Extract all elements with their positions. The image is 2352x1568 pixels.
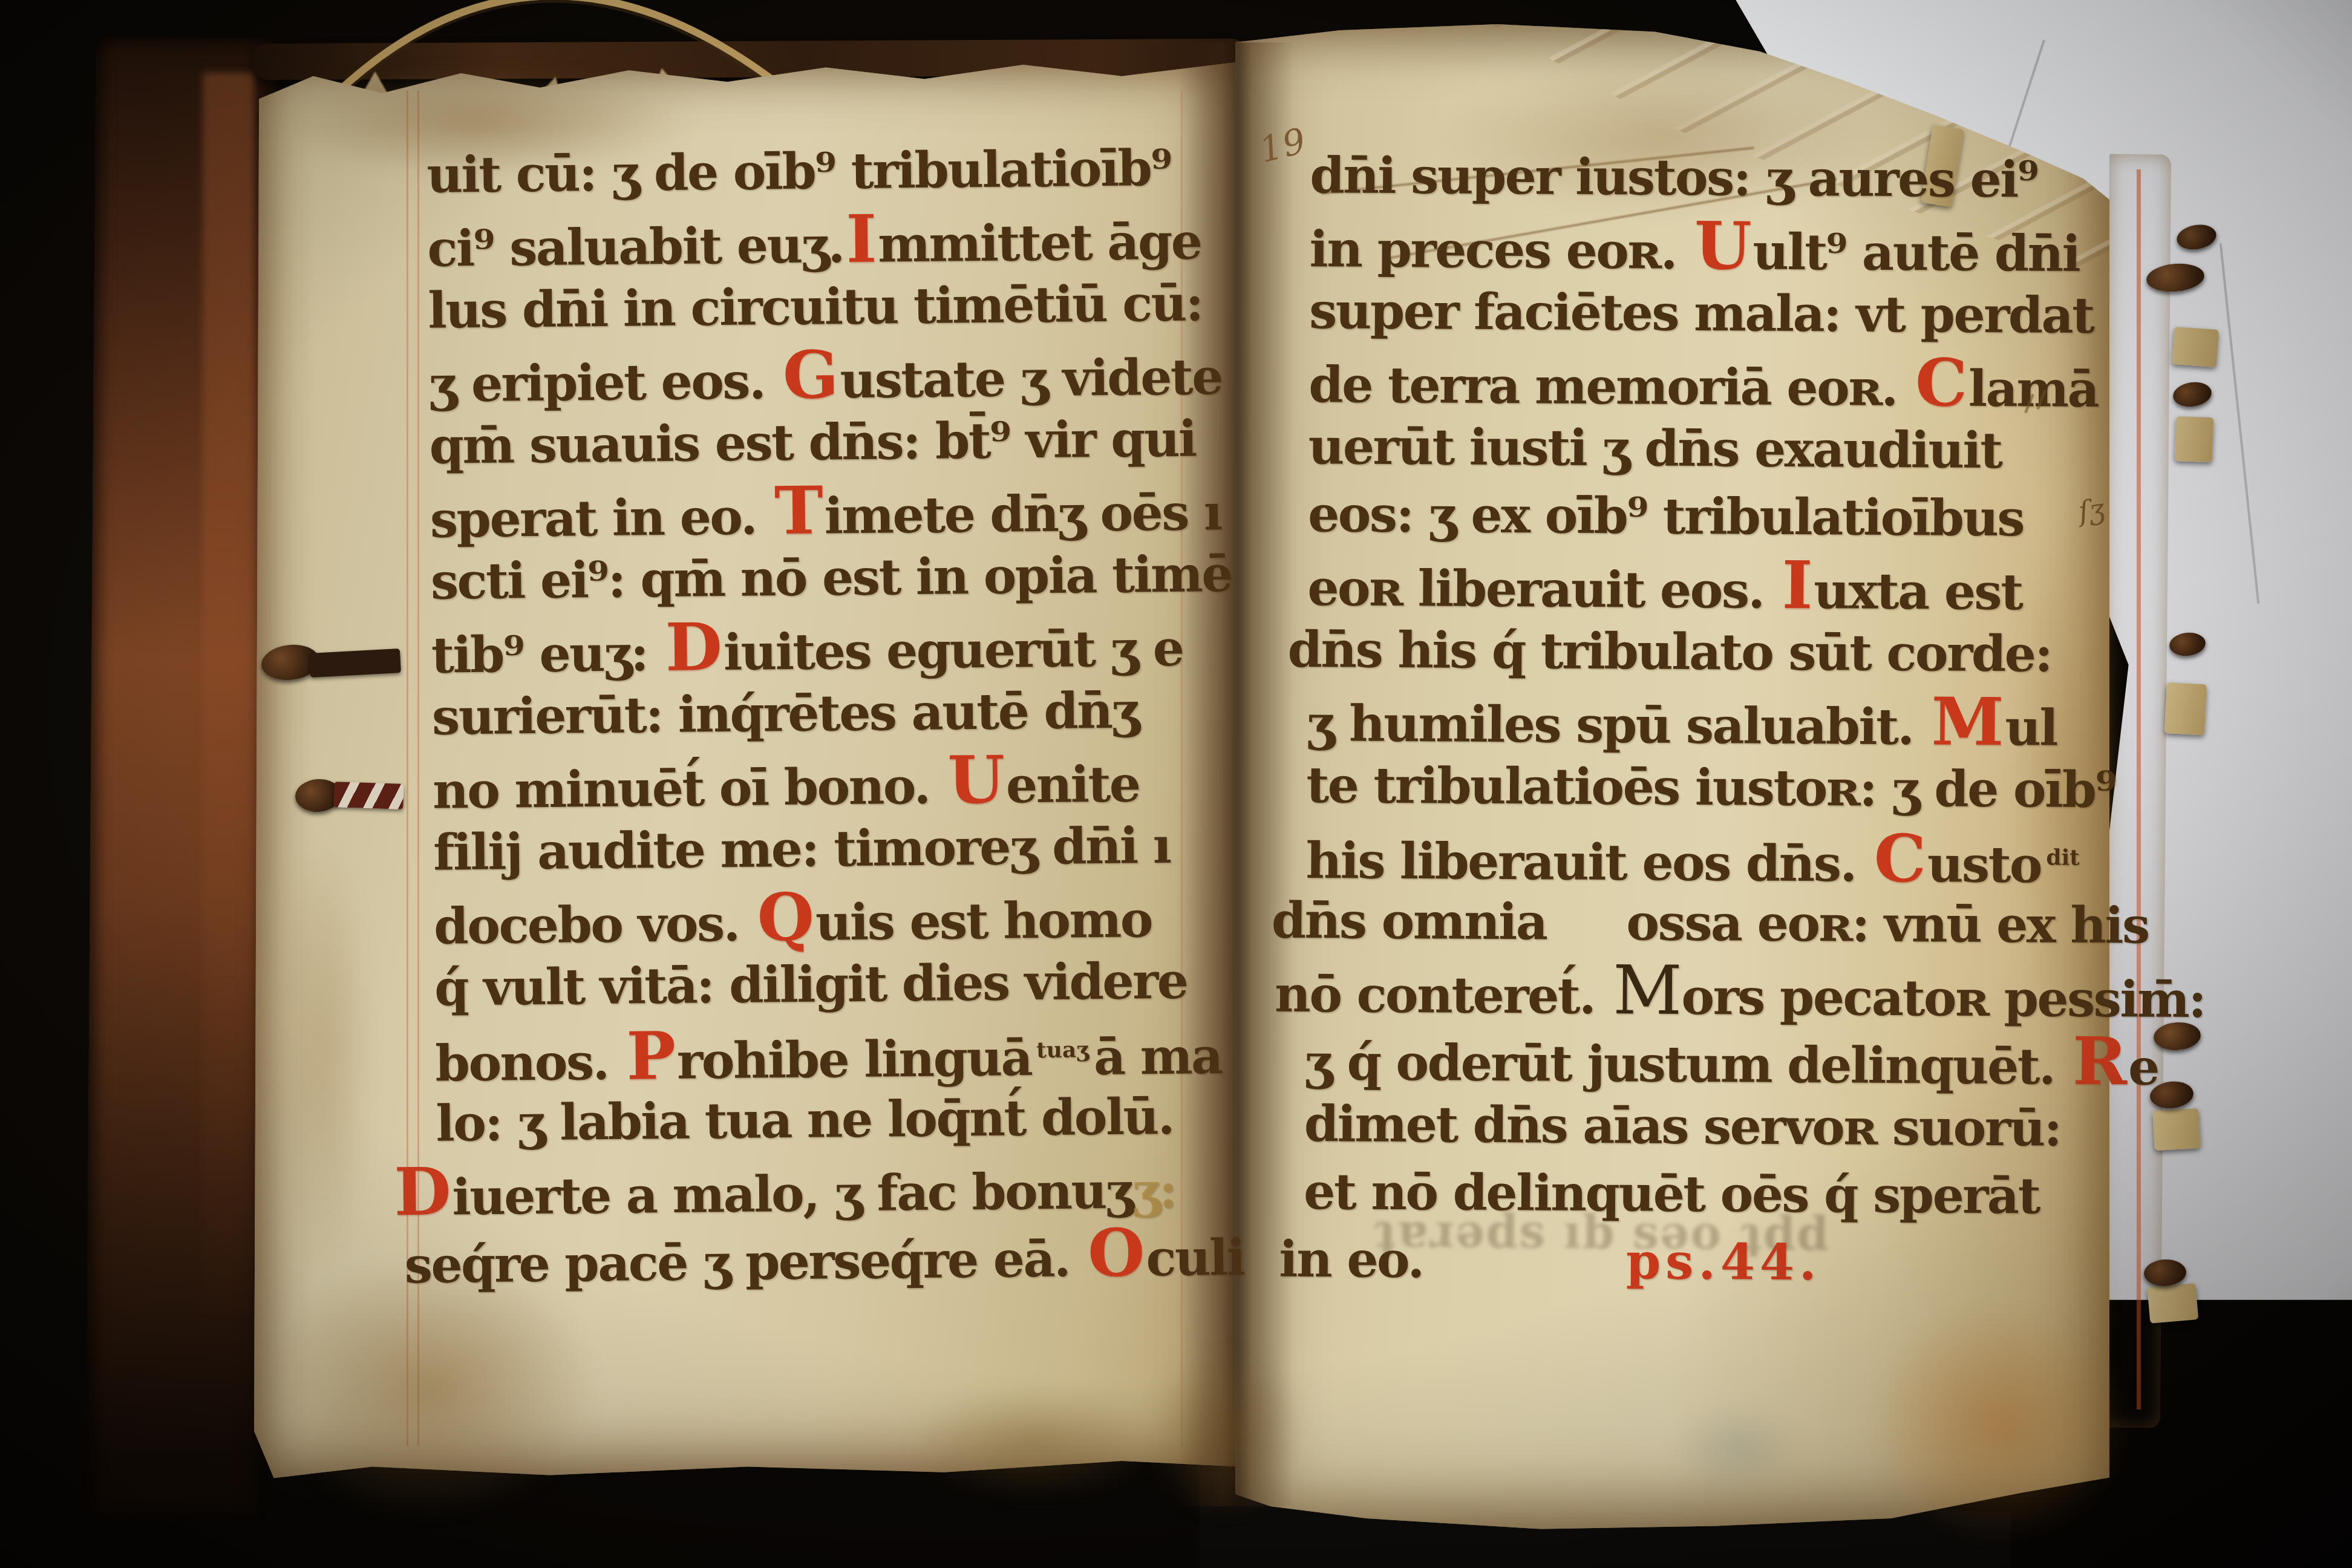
rubric-initial: P xyxy=(624,1017,678,1095)
text-segment: docebo vos. xyxy=(434,895,755,956)
rubric-initial: C xyxy=(1871,820,1927,898)
text-segment: rohibe linguā xyxy=(677,1029,1032,1091)
manuscript-line: ʒ eripiet eos. Gustate ʒ videte xyxy=(428,338,1175,413)
manuscript-line: ci⁹ saluabit euʒ.Immittet āge xyxy=(427,202,1174,277)
text-segment: dn̄s his q́ tribulato sūt corde: xyxy=(1287,621,2051,684)
manuscript-line: super faciētes mala: vt perdat xyxy=(1309,277,2102,350)
manuscript-line: dn̄s his q́ tribulato sūt corde: xyxy=(1287,616,2100,688)
manuscript-line: et nō delinquēt oēs q́ sperāt xyxy=(1304,1158,2097,1230)
text-segment: ors pecatoʀ pessim̄: xyxy=(1681,968,2205,1029)
text-segment: dn̄i super iustos: ʒ aures ei⁹ xyxy=(1310,146,2037,209)
bookmark-tab xyxy=(2175,416,2214,462)
manuscript-line: q́ vult vitā: diligit dies videre xyxy=(434,947,1181,1022)
text-segment: enite xyxy=(1006,755,1140,814)
manuscript-line: sperat in eo. Timete dn̄ʒ oēs ı xyxy=(430,473,1177,548)
text-segment: iuerte a malo, ʒ fac bonuʒ xyxy=(452,1162,1132,1227)
text-segment: dimet dn̄s aīas servoʀ suorū: xyxy=(1304,1095,2061,1158)
text-segment: in preces eoʀ. xyxy=(1309,220,1692,281)
text-segment: tib⁹ euʒ: xyxy=(431,624,664,685)
text-segment xyxy=(1546,939,1626,940)
text-segment: bonos. xyxy=(435,1033,624,1093)
text-segment: lo: ʒ labia tua ne loq̄nt́ dolū. xyxy=(436,1088,1174,1153)
manuscript-line: nō conteret́. Mors pecatoʀ pessim̄: xyxy=(1275,955,2098,1027)
manuscript-line: lus dn̄i in circuitu timētiū cū: xyxy=(428,270,1175,345)
manuscript-line: eos: ʒ ex oīb⁹ tribulatioībus xyxy=(1308,480,2101,553)
rubric-initial: D xyxy=(391,1152,452,1230)
manuscript-line: ʒ q́ oderūt justum delinquēt. Re xyxy=(1304,1022,2097,1095)
manuscript-line: dimet dn̄s aīas servoʀ suorū: xyxy=(1304,1090,2097,1163)
rubric-initial: O xyxy=(1085,1214,1146,1292)
decorated-strap xyxy=(333,782,403,809)
manuscript-line: in eo.ps.44. xyxy=(1279,1226,2096,1298)
text-segment: culi xyxy=(1146,1229,1244,1288)
rubric-initial: U xyxy=(1692,207,1753,285)
text-segment: his liberauit eos dn̄s. xyxy=(1305,832,1872,893)
text-segment: uxta est xyxy=(1814,562,2022,621)
text-segment: super faciētes mala: vt perdat xyxy=(1309,282,2094,345)
text-segment: imete dn̄ʒ oēs ı xyxy=(824,483,1221,545)
text-segment: dit xyxy=(2046,844,2080,871)
text-segment: dn̄s omnia xyxy=(1272,892,1547,952)
rubric-initial: G xyxy=(780,336,840,414)
text-segment: no minuēt́ oī bono. xyxy=(433,757,946,820)
manuscript-line: de terra memoriā eoʀ. Clamā xyxy=(1308,345,2102,417)
manuscript-line: eoʀ liberauit eos. Iuxta est xyxy=(1307,548,2100,621)
bookmark-strap xyxy=(309,648,401,678)
text-segment: ustate ʒ videte xyxy=(840,348,1222,410)
text-segment: de terra memoriā eoʀ. xyxy=(1308,356,1913,417)
text-segment: ʒ humiles spū saluabit. xyxy=(1307,694,1929,756)
text-segment: M xyxy=(1610,951,1682,1030)
rubric-initial: R xyxy=(2070,1022,2129,1100)
text-segment: uerūt iusti ʒ dn̄s exaudiuit xyxy=(1308,417,2001,480)
manuscript-line: seq́re pacē ʒ perseq́re eā. Oculi xyxy=(404,1218,1184,1293)
text-segment: et nō delinquēt oēs q́ sperāt xyxy=(1304,1163,2039,1225)
text-segment: tuaʒ xyxy=(1036,1036,1089,1063)
manuscript-line: his liberauit eos dn̄s. Custodit xyxy=(1305,819,2099,892)
margin-scribble: ſʒ xyxy=(2076,492,2106,528)
text-segment: surierūt: inq́rētes autē dn̄ʒ xyxy=(432,681,1138,746)
rubric-initial: T xyxy=(771,471,825,549)
text-segment: e xyxy=(2128,1038,2158,1096)
text-segment: ʒ: xyxy=(1132,1161,1176,1220)
bookmark-tab xyxy=(2152,1108,2200,1151)
rubric-initial: U xyxy=(945,741,1007,819)
manuscript-line: qm̄ suauis est dn̄s: bt̄⁹ vir qui xyxy=(429,405,1176,480)
rubric-initial: M xyxy=(1929,682,2005,760)
manuscript-line: uit cū: ʒ de oīb⁹ tribulatioīb⁹ xyxy=(426,134,1174,209)
text-segment: mmittet āge xyxy=(878,212,1201,273)
manuscript-line: lo: ʒ labia tua ne loq̄nt́ dolū. xyxy=(436,1083,1183,1158)
text-segment: eoʀ liberauit eos. xyxy=(1307,559,1780,620)
manuscript-line: surierūt: inq́rētes autē dn̄ʒ xyxy=(431,676,1178,751)
text-segment: eos: ʒ ex oīb⁹ tribulatioībus xyxy=(1308,485,2024,547)
manuscript-line: filij audite me: timoreʒ dn̄i ı xyxy=(433,812,1180,887)
text-segment: ossa eoʀ: vnū ex his xyxy=(1626,893,2149,955)
text-segment: te tribulatioēs iustoʀ: ʒ de oīb⁹ xyxy=(1306,756,2115,819)
text-segment: lamā xyxy=(1968,360,2099,419)
text-segment: usto xyxy=(1927,835,2042,894)
manuscript-line: dn̄i super iustos: ʒ aures ei⁹ xyxy=(1310,142,2103,214)
right-page-text: dn̄i super iustos: ʒ aures ei⁹in preces … xyxy=(1279,142,2103,1298)
manuscript-line: uerūt iusti ʒ dn̄s exaudiuit xyxy=(1308,413,2101,485)
left-board-highlight xyxy=(203,73,254,1313)
text-segment: sperat in eo. xyxy=(430,488,772,549)
text-segment: nō conteret́. xyxy=(1275,965,1611,1025)
manuscript-line: dn̄s omniaossa eoʀ: vnū ex his xyxy=(1272,887,2099,959)
fore-edge-red-stain xyxy=(2137,169,2141,1410)
left-page-text: uit cū: ʒ de oīb⁹ tribulatioīb⁹ci⁹ salua… xyxy=(399,134,1184,1293)
text-segment: scti ei⁹: qm̄ nō est in opia timē xyxy=(430,545,1232,611)
text-segment: ʒ q́ oderūt justum delinquēt. xyxy=(1304,1033,2070,1096)
text-segment: lus dn̄i in circuitu timētiū cū: xyxy=(428,274,1203,339)
text-segment: filij audite me: timoreʒ dn̄i ı xyxy=(433,817,1171,882)
manuscript-line: Diuerte a malo, ʒ fac bonuʒʒ: xyxy=(391,1151,1183,1226)
manuscript-line: te tribulatioēs iustoʀ: ʒ de oīb⁹ xyxy=(1306,751,2099,824)
bookmark-tab xyxy=(2147,1283,2198,1324)
text-segment: ā ma xyxy=(1094,1027,1222,1086)
text-segment: qm̄ suauis est dn̄s: bt̄⁹ vir qui xyxy=(429,410,1196,475)
rubric-initial: I xyxy=(1779,546,1814,624)
text-segment: uit cū: ʒ de oīb⁹ tribulatioīb⁹ xyxy=(426,139,1171,204)
text-segment: seq́re pacē ʒ perseq́re eā. xyxy=(404,1230,1085,1295)
manuscript-line: scti ei⁹: qm̄ nō est in opia timē xyxy=(430,541,1177,616)
psalm-reference: ps.44. xyxy=(1626,1232,1821,1292)
text-segment: iuites eguerūt ʒ e xyxy=(723,619,1183,682)
text-segment: ult⁹ autē dn̄i xyxy=(1753,223,2080,283)
text-segment: ul xyxy=(2005,699,2057,757)
manuscript-line: ʒ humiles spū saluabit. Mul xyxy=(1307,684,2100,756)
manuscript-line: no minuēt́ oī bono. Uenite xyxy=(433,744,1180,819)
manuscript-line: docebo vos. Quis est homo xyxy=(434,880,1181,955)
manuscript-line: bonos. Prohibe linguātuaʒā ma xyxy=(435,1015,1182,1090)
text-segment: uis est homo xyxy=(815,890,1152,952)
manuscript-line: in preces eoʀ. Uult⁹ autē dn̄i xyxy=(1309,209,2102,282)
manuscript-line: tib⁹ euʒ: Diuites eguerūt ʒ e xyxy=(431,609,1178,684)
text-segment: ci⁹ saluabit euʒ. xyxy=(427,216,844,278)
manuscript-photo-scene: ʇɐɹəds ıb səo ʇdd uit cū: ʒ de oīb⁹ trib… xyxy=(0,0,2352,1568)
rubric-initial: I xyxy=(843,200,878,278)
rubric-initial: D xyxy=(662,608,724,686)
bookmark-tab xyxy=(2164,682,2207,735)
text-segment: ʒ eripiet eos. xyxy=(428,352,780,414)
text-segment: q́ vult vitā: diligit dies videre xyxy=(434,952,1187,1018)
rubric-initial: Q xyxy=(754,878,816,956)
text-segment: in eo. xyxy=(1279,1230,1423,1289)
bookmark-tab xyxy=(2172,327,2219,367)
rubric-initial: C xyxy=(1913,344,1969,422)
